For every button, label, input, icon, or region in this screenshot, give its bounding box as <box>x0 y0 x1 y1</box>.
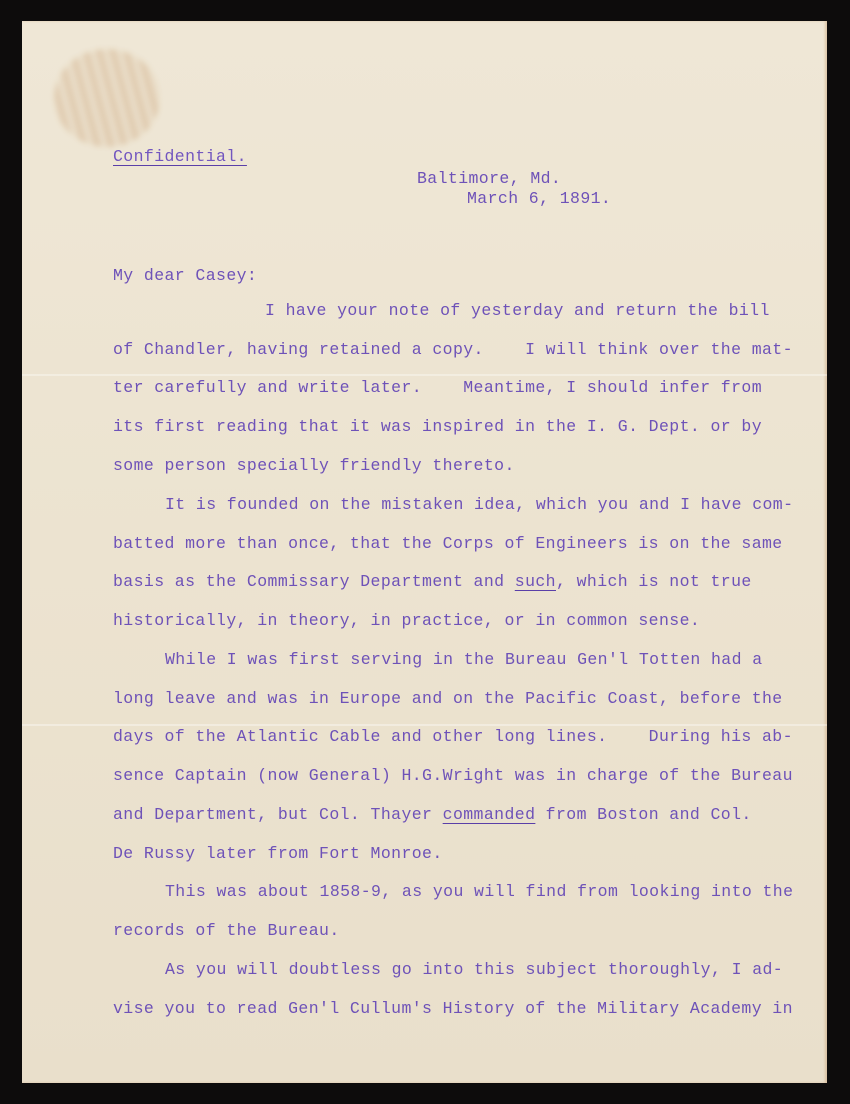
body-line: vise you to read Gen'l Cullum's History … <box>113 999 793 1019</box>
underlined-word: commanded <box>443 805 536 824</box>
salutation: My dear Casey: <box>113 266 257 286</box>
letter-place: Baltimore, Md. <box>417 169 561 189</box>
body-line: ter carefully and write later. Meantime,… <box>113 378 762 398</box>
body-line: and Department, but Col. Thayer commande… <box>113 805 752 825</box>
body-line: As you will doubtless go into this subje… <box>165 960 783 980</box>
letter-date: March 6, 1891. <box>467 189 611 209</box>
body-line: historically, in theory, in practice, or… <box>113 611 700 631</box>
body-text: basis as the Commissary Department and <box>113 572 515 591</box>
body-line: basis as the Commissary Department and s… <box>113 572 752 592</box>
body-line: sence Captain (now General) H.G.Wright w… <box>113 766 793 786</box>
letter-page: Confidential. Baltimore, Md. March 6, 18… <box>22 21 827 1083</box>
body-line: This was about 1858-9, as you will find … <box>165 882 793 902</box>
confidential-marking: Confidential. <box>113 147 247 167</box>
body-line: While I was first serving in the Bureau … <box>165 650 763 670</box>
paper-stain <box>54 49 160 147</box>
body-line: De Russy later from Fort Monroe. <box>113 844 443 864</box>
underlined-word: such <box>515 572 556 591</box>
body-line: long leave and was in Europe and on the … <box>113 689 783 709</box>
body-line: its first reading that it was inspired i… <box>113 417 762 437</box>
paper-fold-line <box>22 374 827 376</box>
body-text: from Boston and Col. <box>535 805 751 824</box>
body-line: It is founded on the mistaken idea, whic… <box>165 495 793 515</box>
body-line: I have your note of yesterday and return… <box>265 301 770 321</box>
body-text: , which is not true <box>556 572 752 591</box>
body-line: some person specially friendly thereto. <box>113 456 515 476</box>
body-line: days of the Atlantic Cable and other lon… <box>113 727 793 747</box>
paper-fold-line <box>22 724 827 726</box>
body-text: and Department, but Col. Thayer <box>113 805 443 824</box>
body-line: of Chandler, having retained a copy. I w… <box>113 340 793 360</box>
body-line: records of the Bureau. <box>113 921 340 941</box>
body-line: batted more than once, that the Corps of… <box>113 534 783 554</box>
